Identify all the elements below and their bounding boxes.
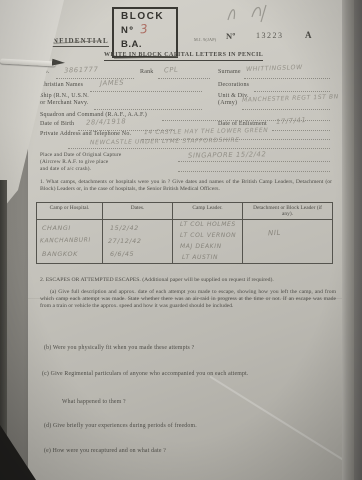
field-capture-label-line3: and date of a/c crash). bbox=[40, 166, 91, 172]
leader-entry: LT COL HOLMES bbox=[180, 221, 236, 228]
page-stack-edge bbox=[342, 0, 354, 480]
question-2-title: 2. ESCAPES OR ATTEMPTED ESCAPES. (Additi… bbox=[40, 277, 334, 284]
field-dob-label: Date of Birth bbox=[40, 121, 74, 127]
field-surname-value: WHITTINGSLOW bbox=[246, 64, 303, 73]
dotted-line bbox=[68, 147, 330, 149]
dotted-line bbox=[242, 108, 330, 110]
questionnaire-page: CONFIDENTIAL BLOCK Nº 3 B.A. M.I. 9(JAP)… bbox=[28, 0, 342, 480]
field-capture-label-line1: Place and Date of Original Capture bbox=[40, 152, 121, 158]
date-entry: 27/12/42 bbox=[108, 237, 142, 245]
camps-table-header-block-leader: Detachment or Block Leader (if any). bbox=[243, 203, 333, 220]
reference-number: 13223 bbox=[256, 31, 284, 40]
field-decorations-label: Decorations bbox=[218, 82, 249, 88]
block-leader-entry: NIL bbox=[268, 229, 281, 238]
field-enlistment-value: 17/7/41 bbox=[276, 116, 307, 126]
dotted-line bbox=[272, 129, 330, 131]
field-ship-label-line2: or Merchant Navy. bbox=[40, 100, 89, 106]
question-2b-text: (b) Were you physically fit when you mad… bbox=[44, 345, 194, 351]
camp-entry: BANGKOK bbox=[42, 250, 78, 258]
question-2c-text: (c) Give Regimental particulars of anyon… bbox=[42, 371, 249, 377]
camps-table-header-leader: Camp Leader. bbox=[173, 203, 243, 220]
leader-entry: LT AUSTIN bbox=[182, 254, 218, 261]
dotted-line bbox=[94, 108, 202, 110]
camp-entry: KANCHANBURI bbox=[40, 237, 91, 245]
paper-crease bbox=[28, 298, 342, 299]
instruction-heading: WRITE IN BLOCK CAPITAL LETTERS IN PENCIL bbox=[104, 52, 263, 61]
dotted-line bbox=[178, 170, 330, 172]
block-number-stamp: BLOCK Nº 3 B.A. bbox=[112, 7, 178, 58]
stamp-no-label: Nº bbox=[121, 25, 134, 36]
camp-entry: CHANGI bbox=[42, 224, 71, 232]
photo-right-margin bbox=[354, 0, 362, 480]
pencil-scribble bbox=[220, 0, 282, 26]
paper-crease bbox=[210, 376, 346, 462]
dotted-line bbox=[178, 160, 330, 162]
reference-no-label: Nº bbox=[226, 31, 235, 41]
date-entry: 6/6/45 bbox=[110, 250, 134, 258]
stamp-word: BLOCK bbox=[121, 11, 164, 22]
field-capture-value: SINGAPORE 15/2/42 bbox=[188, 150, 266, 159]
question-2e-text: (e) How were you recaptured and on what … bbox=[44, 448, 166, 454]
dotted-line bbox=[90, 90, 202, 92]
field-squadron-label: Squadron and Command (R.A.F., A.A.F.) bbox=[40, 112, 147, 118]
field-rank-label: Rank bbox=[140, 69, 153, 75]
dotted-line bbox=[254, 90, 330, 92]
field-capture-label-line2: (Aircrew R.A.F. to give place bbox=[40, 159, 108, 165]
question-2d-text: (d) Give briefly your experiences during… bbox=[44, 423, 197, 429]
field-surname-label: Surname bbox=[218, 69, 241, 75]
field-christian-names-value: JAMES bbox=[100, 79, 124, 88]
dotted-line bbox=[244, 77, 330, 79]
field-address-value-line2: NEWCASTLE UNDER LYME STAFFORDSHIRE bbox=[90, 137, 240, 147]
question-2a-text: (a) Give full description and approx. da… bbox=[40, 289, 336, 309]
field-address-value-line1: 14 CASTLE HAY THE LOWER GREEN bbox=[144, 127, 268, 136]
field-rank-value: CPL bbox=[164, 66, 179, 75]
stamp-suffix: B.A. bbox=[121, 39, 142, 50]
field-christian-names-label: Christian Names bbox=[40, 82, 83, 88]
camps-table-header-camp: Camp or Hospital. bbox=[37, 203, 103, 220]
reference-series-letter: A bbox=[305, 30, 312, 40]
camps-table-header-dates: Dates. bbox=[103, 203, 173, 220]
field-dob-value: 28/4/1918 bbox=[86, 117, 127, 126]
stamp-handwritten-number: 3 bbox=[139, 22, 149, 37]
field-ship-label-line1: Ship (R.N., U.S.N. bbox=[40, 93, 89, 99]
field-unit-div-value: MANCHESTER REGT 1ST BN bbox=[242, 93, 339, 103]
leader-entry: MAJ DEAKIN bbox=[180, 243, 222, 250]
dotted-line bbox=[158, 77, 210, 79]
field-no-value: 3861777 bbox=[64, 65, 99, 74]
camps-table-cell-block bbox=[243, 220, 333, 264]
field-unit-div-label-line2: (Army) bbox=[218, 100, 237, 106]
date-entry: 15/2/42 bbox=[110, 224, 139, 232]
question-1-text: 1. What camps, detachments or hospitals … bbox=[40, 179, 332, 193]
field-address-label: Private Address and Telephone No. bbox=[40, 131, 131, 137]
leader-entry: LT COL VERNON bbox=[180, 232, 236, 239]
question-2c2-text: What happened to them ? bbox=[62, 399, 126, 405]
camps-table-header-row: Camp or Hospital. Dates. Camp Leader. De… bbox=[37, 203, 333, 220]
department-reference: M.I. 9(JAP) bbox=[194, 37, 216, 42]
